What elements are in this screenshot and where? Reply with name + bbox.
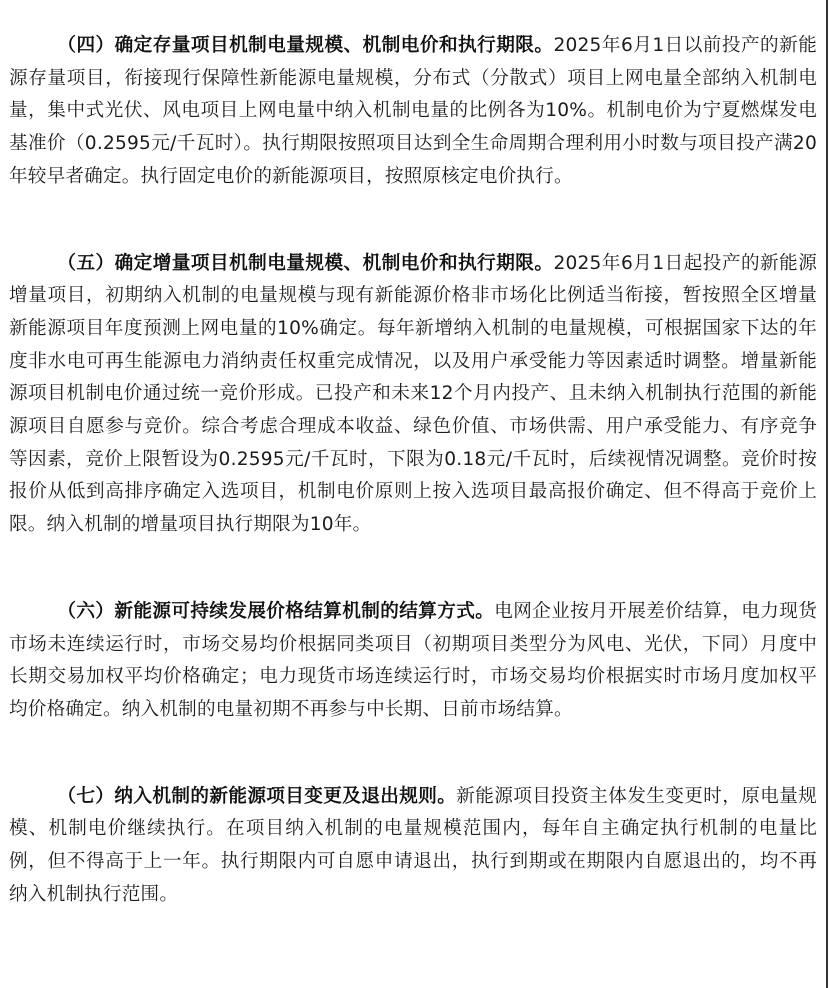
section-heading: （七）纳入机制的新能源项目变更及退出规则。 [57,786,456,807]
document-content: （四）确定存量项目机制电量规模、机制电价和执行期限。2025年6月1日以前投产的… [9,30,817,965]
paragraph-section-4: （四）确定存量项目机制电量规模、机制电价和执行期限。2025年6月1日以前投产的… [9,30,817,194]
paragraph-section-6: （六）新能源可持续发展价格结算机制的结算方式。电网企业按月开展差价结算，电力现货… [9,596,817,727]
paragraph-section-5: （五）确定增量项目机制电量规模、机制电价和执行期限。2025年6月1日起投产的新… [9,248,817,542]
section-heading: （四）确定存量项目机制电量规模、机制电价和执行期限。 [57,35,553,56]
section-heading: （六）新能源可持续发展价格结算机制的结算方式。 [57,601,494,622]
paragraph-section-7: （七）纳入机制的新能源项目变更及退出规则。新能源项目投资主体发生变更时，原电量规… [9,781,817,912]
section-body: 2025年6月1日以前投产的新能源存量项目，衔接现行保障性新能源电量规模，分布式… [9,35,817,187]
section-heading: （五）确定增量项目机制电量规模、机制电价和执行期限。 [57,253,553,274]
section-body: 2025年6月1日起投产的新能源增量项目，初期纳入机制的电量规模与现有新能源价格… [9,253,817,536]
document-page: （四）确定存量项目机制电量规模、机制电价和执行期限。2025年6月1日以前投产的… [0,0,828,988]
